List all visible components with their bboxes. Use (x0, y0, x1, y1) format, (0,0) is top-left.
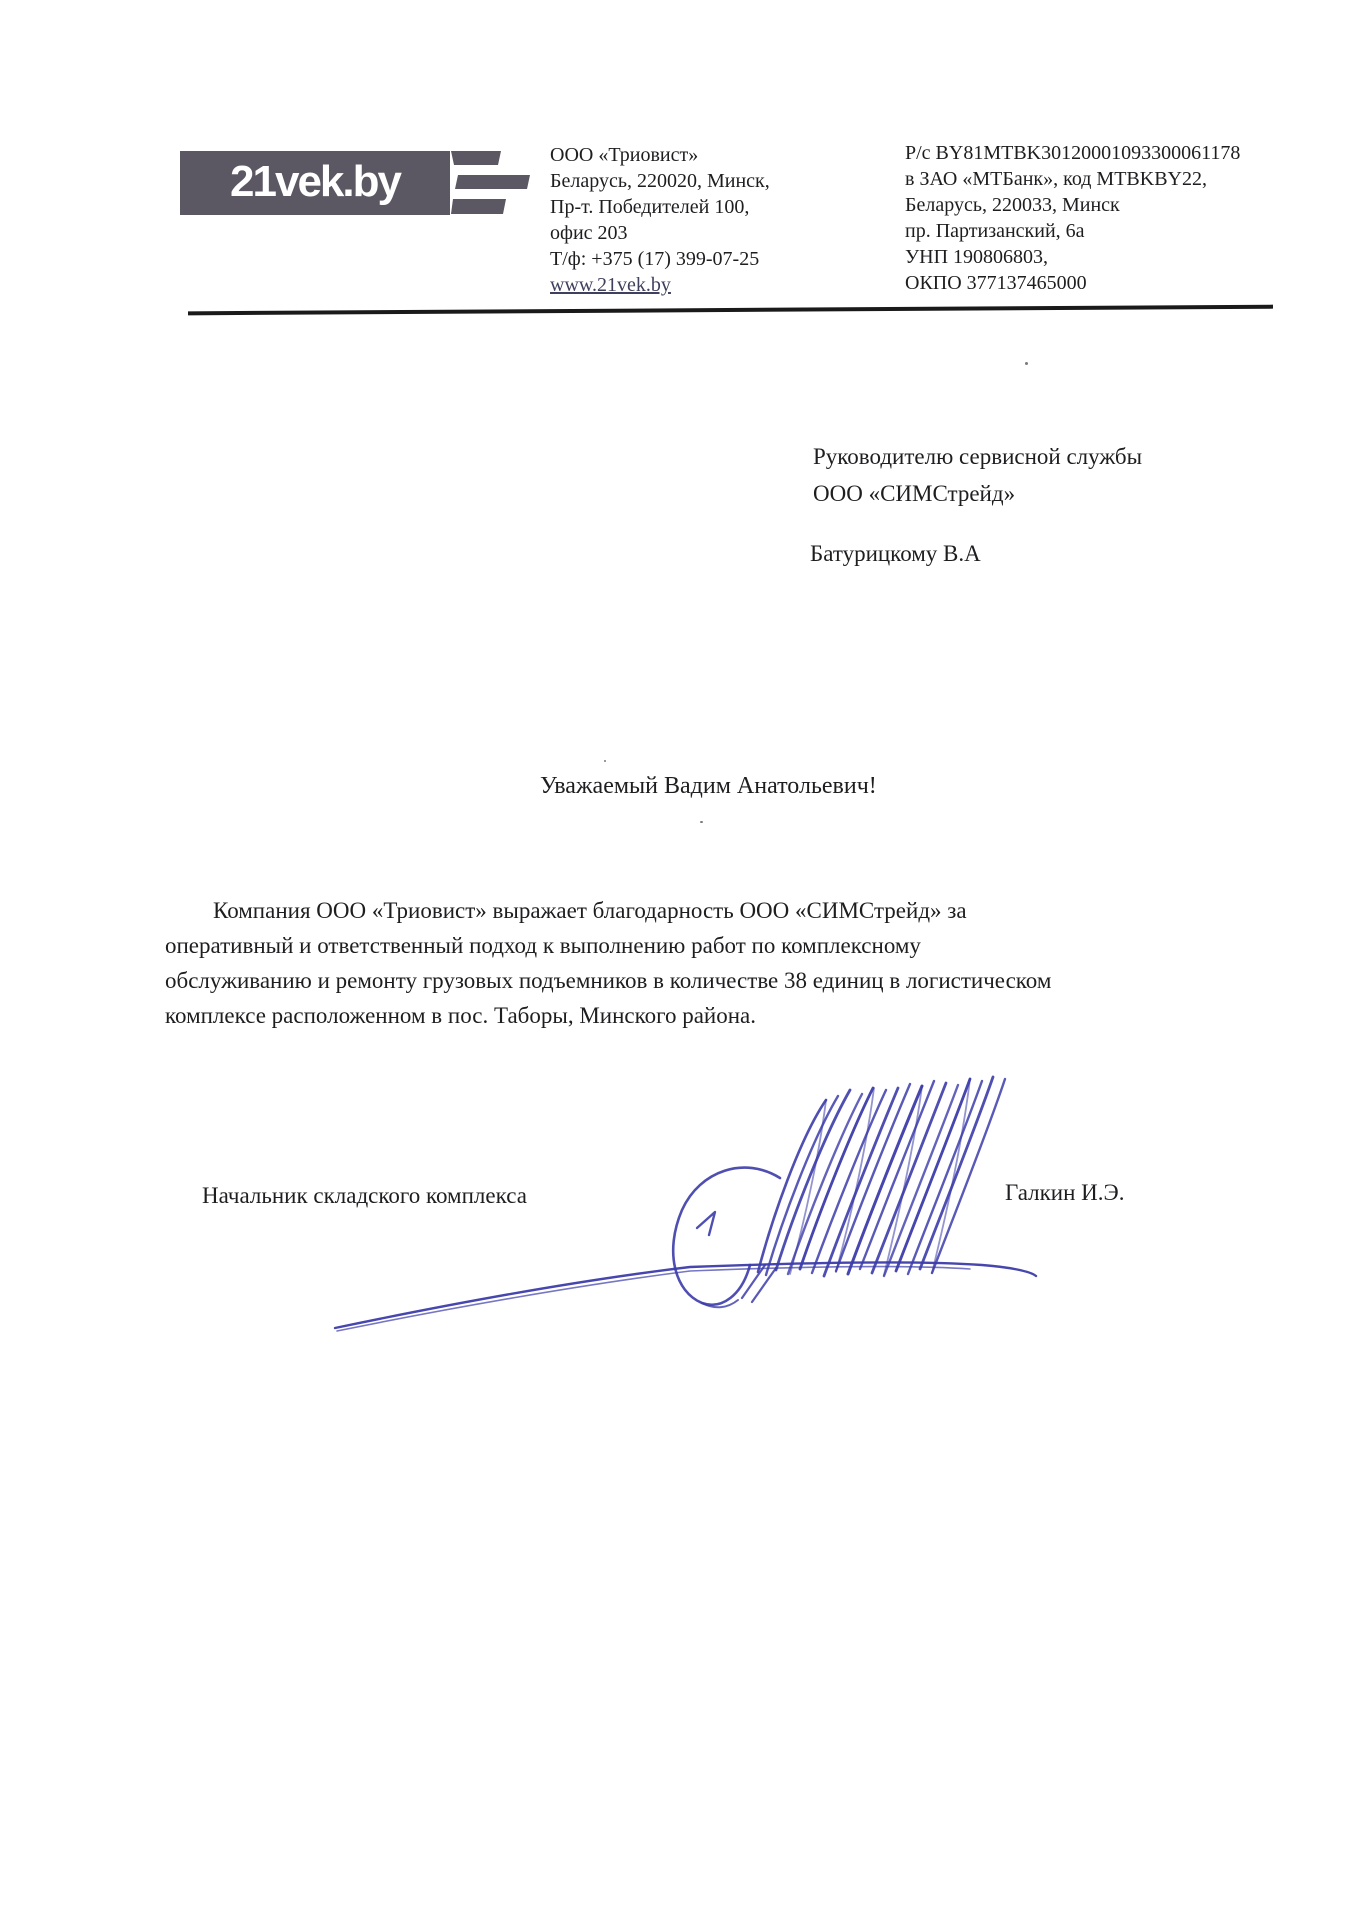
company-address-line: Пр-т. Победителей 100, (550, 194, 770, 220)
okpo-line: ОКПО 377137465000 (905, 270, 1240, 296)
logo-wordmark: 21vek.by (230, 160, 400, 204)
letterhead-divider (188, 305, 1273, 316)
company-office-line: офис 203 (550, 220, 770, 246)
bank-account-line: Р/с BY81MTBK30120001093300061178 (905, 140, 1240, 166)
recipient-company: ООО «СИМСтрейд» (813, 475, 1142, 512)
company-phone-line: Т/ф: +375 (17) 399-07-25 (550, 246, 770, 272)
body-line: обслуживанию и ремонту грузовых подъемни… (165, 963, 1295, 998)
body-line: оперативный и ответственный подход к вып… (165, 928, 1295, 963)
letter-body: Компания ООО «Триовист» выражает благода… (165, 893, 1295, 1033)
recipient-block: Руководителю сервисной службы ООО «СИМСт… (813, 438, 1142, 512)
recipient-title: Руководителю сервисной службы (813, 438, 1142, 475)
scan-artifact-dot (1025, 362, 1028, 365)
scanned-letter-page: 21vek.by ООО «Триовист» Беларусь, 220020… (0, 0, 1357, 1920)
company-address-line: Беларусь, 220020, Минск, (550, 168, 770, 194)
handwritten-signature-scribble (260, 1060, 1060, 1360)
bank-name-line: в ЗАО «МТБанк», код MTBKBY22, (905, 166, 1240, 192)
bank-address-line: Беларусь, 220033, Минск (905, 192, 1240, 218)
logo-equals-bars-icon (451, 151, 533, 215)
body-line: комплексе расположенном в пос. Таборы, М… (165, 998, 1295, 1033)
salutation: Уважаемый Вадим Анатольевич! (540, 773, 877, 800)
body-line: Компания ООО «Триовист» выражает благода… (165, 893, 1295, 928)
unp-line: УНП 190806803, (905, 244, 1240, 270)
company-logo: 21vek.by (180, 151, 450, 215)
company-name: ООО «Триовист» (550, 142, 770, 168)
company-website-link[interactable]: www.21vek.by (550, 272, 770, 298)
scan-artifact-dot (700, 821, 703, 823)
scan-artifact-dot (604, 760, 606, 762)
bank-address-line: пр. Партизанский, 6а (905, 218, 1240, 244)
company-contact-block: ООО «Триовист» Беларусь, 220020, Минск, … (550, 142, 770, 298)
recipient-addressee: Батурицкому В.А (810, 541, 981, 567)
bank-details-block: Р/с BY81MTBK30120001093300061178 в ЗАО «… (905, 140, 1240, 296)
